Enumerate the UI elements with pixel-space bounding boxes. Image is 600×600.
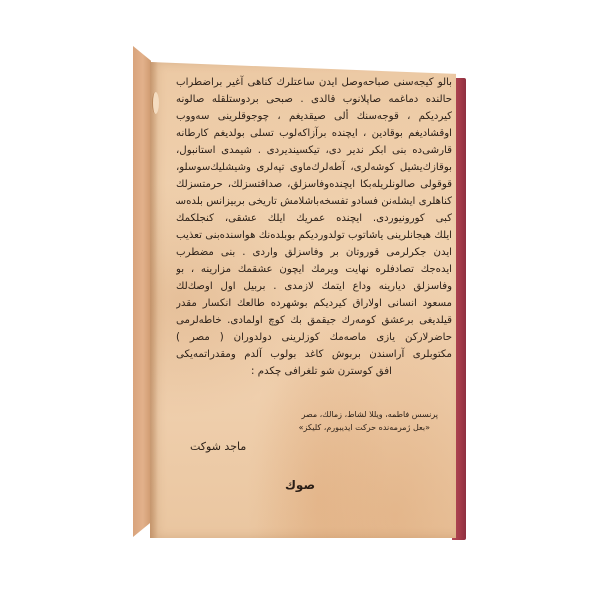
- telegram-quote: پرنسس فاطمه، ويللا لشاط، زمالك، مصر «بعل…: [208, 408, 438, 434]
- folded-page-edge: [133, 46, 151, 537]
- telegram-message: «بعل ژمرمه‌نده حركت ايديبورم، كليكز»: [208, 421, 438, 434]
- body-line: اوقشاديغم بوقادين ، ايچنده برآزاكه‌لوب ت…: [176, 125, 452, 142]
- body-line: وفاسزلق ديارينه وداع ايتمك لازمدى . بربي…: [176, 278, 452, 295]
- book-photo: بالو كيجه‌سنى صباحه‌وصل ايدن ساعتلرك كنا…: [0, 0, 600, 600]
- body-line: كبى كورونيوردى. ايچنده عمريك ايلك عشقى، …: [176, 210, 452, 227]
- page-tear-mark: [152, 92, 159, 114]
- body-line: بالو كيجه‌سنى صباحه‌وصل ايدن ساعتلرك كنا…: [176, 74, 452, 91]
- body-line: قارشى‌ده بنى ابكر ندير دى، تيكسينديردى .…: [176, 142, 452, 159]
- body-line: ايدن جكرلرمى قوروتان بر وفاسزلق واردى . …: [176, 244, 452, 261]
- body-line: كناهلرى ايشله‌نن فسادو تفسخه‌باشلامش تار…: [176, 193, 452, 210]
- body-line: ايده‌جك تصادفلره نهايت ويرمك ايچون عشقمك…: [176, 261, 452, 278]
- body-line: قيلديغى برعشق كومه‌رك جيقمق بك كوچ اولما…: [176, 312, 452, 329]
- body-line: مسعود انسانى اولاراق كيرديكم بوشهرده طال…: [176, 295, 452, 312]
- body-line: حالنده دماغمه صاپلانوب قالدى . صبحى بردو…: [176, 91, 452, 108]
- end-mark: صوك: [270, 478, 330, 492]
- body-line: مكتوبلرى آراسندن بربوش كاغد بولوب آلدم و…: [176, 346, 452, 363]
- body-line: كيرديكم ، قوجه‌سنك ألى صيقديغم ، چوجوقلر…: [176, 108, 452, 125]
- body-line: بوقازك‌يشيل كوشه‌لرى، آطه‌لرك‌ماوى تپه‌ل…: [176, 159, 452, 176]
- author-signature: ماجد شوكت: [190, 440, 246, 453]
- body-line: حاضرلاركن يازى ماصه‌مك كوزلرينى دولدوران…: [176, 329, 452, 346]
- body-line-last: افق كوسترن شو تلغرافى چكدم :: [176, 363, 452, 380]
- body-line: قوقولى صالونلريله‌بكا ايچنده‌وفاسزلق، صد…: [176, 176, 452, 193]
- page-body-text: بالو كيجه‌سنى صباحه‌وصل ايدن ساعتلرك كنا…: [176, 74, 452, 380]
- body-line: ايلك هيجانلرينى ياشاتوب تولدورديكم بوبلد…: [176, 227, 452, 244]
- page-gutter-shadow: [150, 62, 158, 538]
- telegram-address: پرنسس فاطمه، ويللا لشاط، زمالك، مصر: [208, 408, 438, 421]
